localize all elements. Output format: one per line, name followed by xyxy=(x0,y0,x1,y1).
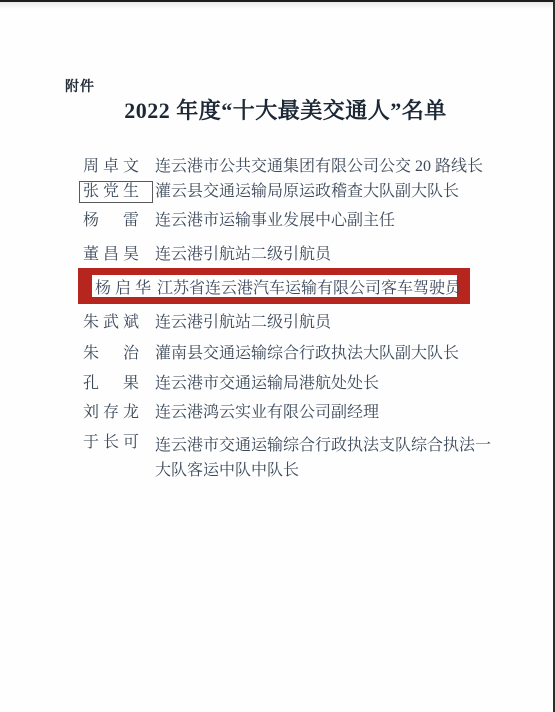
list-item: 张党生 灌云县交通运输局原运政稽查大队副大队长 xyxy=(83,183,523,203)
awardee-name: 朱 治 xyxy=(83,345,139,362)
list-item: 刘存龙 连云港鸿云实业有限公司副经理 xyxy=(83,404,523,424)
list-item-highlighted: 杨启华 江苏省连云港汽车运输有限公司客车驾驶员 xyxy=(95,280,535,300)
attachment-label: 附件 xyxy=(65,78,95,94)
awardee-title: 连云港市交通运输局港航处处长 xyxy=(155,375,379,392)
awardee-title: 连云港市公共交通集团有限公司公交 20 路线长 xyxy=(155,158,483,175)
awardee-title: 连云港引航站二级引航员 xyxy=(155,246,331,263)
scan-shadow-top xyxy=(0,2,555,9)
document-page: 附件 2022 年度“十大最美交通人”名单 周卓文 连云港市公共交通集团有限公司… xyxy=(0,0,555,712)
list-item: 于长可 连云港市交通运输综合行政执法支队综合执法一大队客运中队中队长 xyxy=(83,434,523,454)
name-selection-box: 张党生 xyxy=(79,181,153,203)
list-item: 孔 果 连云港市交通运输局港航处处长 xyxy=(83,375,523,395)
list-item: 周卓文 连云港市公共交通集团有限公司公交 20 路线长 xyxy=(83,158,523,178)
awardee-title: 灌云县交通运输局原运政稽查大队副大队长 xyxy=(155,183,459,200)
awardee-title: 连云港市运输事业发展中心副主任 xyxy=(155,212,395,229)
list-item: 杨 雷 连云港市运输事业发展中心副主任 xyxy=(83,212,523,232)
list-item: 董昌昊 连云港引航站二级引航员 xyxy=(83,246,523,266)
awardee-name: 刘存龙 xyxy=(83,404,139,421)
awardee-name: 杨启华 xyxy=(95,280,151,297)
awardee-name: 朱武斌 xyxy=(83,314,139,331)
awardee-title: 连云港市交通运输综合行政执法支队综合执法一大队客运中队中队长 xyxy=(155,433,491,483)
awardee-name: 周卓文 xyxy=(83,158,139,175)
list-item: 朱 治 灌南县交通运输综合行政执法大队副大队长 xyxy=(83,345,523,365)
awardee-name: 孔 果 xyxy=(83,375,139,392)
awardee-title: 连云港引航站二级引航员 xyxy=(155,314,331,331)
awardee-title: 江苏省连云港汽车运输有限公司客车驾驶员 xyxy=(157,280,461,297)
awardee-title: 连云港鸿云实业有限公司副经理 xyxy=(155,404,379,421)
awardee-title: 灌南县交通运输综合行政执法大队副大队长 xyxy=(155,345,459,362)
list-item: 朱武斌 连云港引航站二级引航员 xyxy=(83,314,523,334)
awardee-name: 于长可 xyxy=(83,434,139,451)
page-title: 2022 年度“十大最美交通人”名单 xyxy=(0,98,555,124)
awardee-name: 董昌昊 xyxy=(83,246,139,263)
awardee-name: 杨 雷 xyxy=(83,212,139,229)
